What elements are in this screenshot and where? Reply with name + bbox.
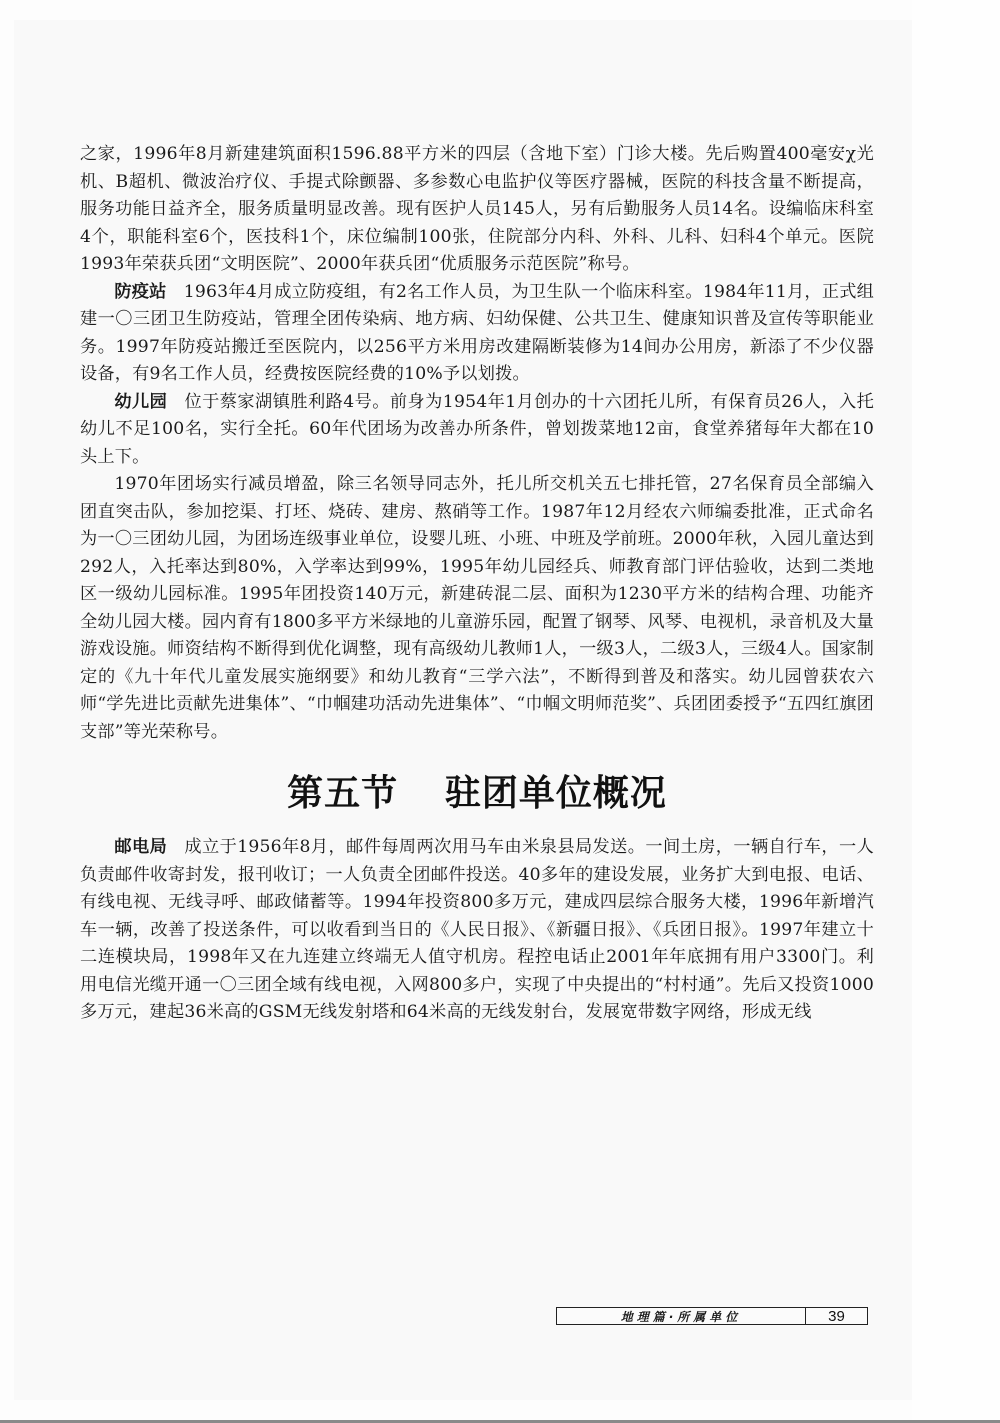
section-title: 驻团单位概况 [445, 765, 667, 816]
page-margin-strip [912, 0, 1000, 1423]
paragraph-text: 位于蔡家湖镇胜利路4号。前身为1954年1月创办的十六团托儿所，有保育员26人，… [80, 392, 874, 467]
page-number: 39 [806, 1308, 867, 1324]
running-head: 地理篇·所属单位 [557, 1308, 806, 1324]
paragraph-text: 之家，1996年8月新建建筑面积1596.88平方米的四层（含地下室）门诊大楼。… [80, 144, 874, 274]
section-number: 第五节 [287, 765, 398, 816]
entry-term: 邮电局 [114, 837, 167, 857]
paragraph-text: 1970年团场实行减员增盈，除三名领导同志外，托儿所交机关五七排托管，27名保育… [80, 474, 874, 742]
paragraph-text: 1963年4月成立防疫组，有2名工作人员，为卫生队一个临床科室。1984年11月… [80, 282, 874, 385]
paragraph-epidemic-station: 防疫站1963年4月成立防疫组，有2名工作人员，为卫生队一个临床科室。1984年… [80, 279, 874, 389]
entry-term: 幼儿园 [114, 392, 167, 412]
paragraph-kindergarten: 幼儿园位于蔡家湖镇胜利路4号。前身为1954年1月创办的十六团托儿所，有保育员2… [80, 389, 874, 472]
paragraph-text: 成立于1956年8月，邮件每周两次用马车由米泉县局发送。一间土房，一辆自行车，一… [80, 837, 874, 1022]
paragraph-kindergarten-history: 1970年团场实行减员增盈，除三名领导同志外，托儿所交机关五七排托管，27名保育… [80, 471, 874, 746]
page-body: 之家，1996年8月新建建筑面积1596.88平方米的四层（含地下室）门诊大楼。… [80, 141, 874, 1027]
paragraph-hospital-continued: 之家，1996年8月新建建筑面积1596.88平方米的四层（含地下室）门诊大楼。… [80, 141, 874, 279]
entry-term: 防疫站 [114, 282, 166, 302]
paragraph-post-office: 邮电局成立于1956年8月，邮件每周两次用马车由米泉县局发送。一间土房，一辆自行… [80, 834, 874, 1027]
section-heading: 第五节驻团单位概况 [80, 746, 874, 834]
page-footer: 地理篇·所属单位 39 [556, 1307, 868, 1325]
